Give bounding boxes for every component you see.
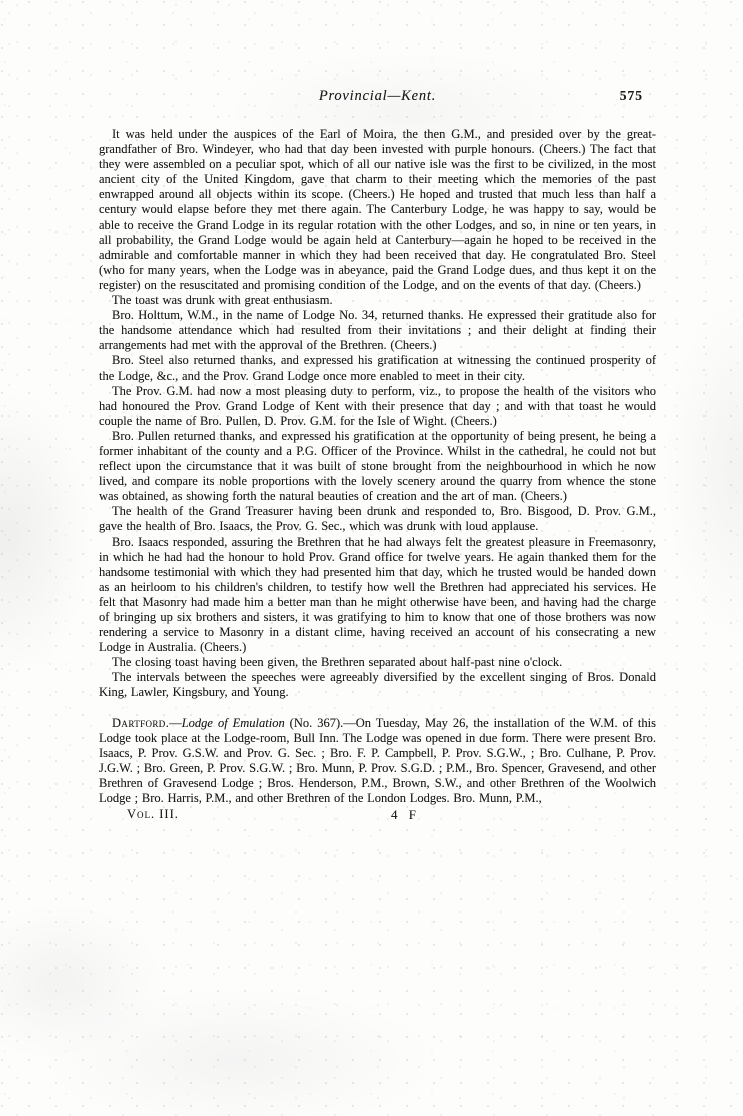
dartford-heading: Dartford. <box>112 716 169 730</box>
paragraph: Bro. Pullen returned thanks, and express… <box>99 429 656 504</box>
paragraph: The Prov. G.M. had now a most pleasing d… <box>99 384 656 429</box>
page-number: 575 <box>620 88 643 104</box>
paragraph: Bro. Steel also returned thanks, and exp… <box>99 353 656 383</box>
paragraph: The closing toast having been given, the… <box>99 655 656 670</box>
paragraph: The intervals between the speeches were … <box>99 670 656 700</box>
paragraph: The toast was drunk with great enthusias… <box>99 293 656 308</box>
paragraph: The health of the Grand Treasurer having… <box>99 504 656 534</box>
dartford-paragraph: Dartford.—Lodge of Emulation (No. 367).—… <box>99 716 656 807</box>
volume-label: Vol. III. <box>127 807 179 822</box>
paragraph: Bro. Holttum, W.M., in the name of Lodge… <box>99 308 656 353</box>
lodge-of-emulation-title: Lodge of Emulation <box>182 716 285 730</box>
paragraph: It was held under the auspices of the Ea… <box>99 127 656 293</box>
running-header-title: Provincial—Kent. <box>99 88 656 105</box>
page-text-column: Provincial—Kent. 575 It was held under t… <box>99 88 656 823</box>
printer-signature-mark: 4 F <box>391 807 420 823</box>
paragraph: Bro. Isaacs responded, assuring the Bret… <box>99 535 656 656</box>
article-body: It was held under the auspices of the Ea… <box>99 127 656 806</box>
dartford-dash: — <box>169 716 182 730</box>
running-header: Provincial—Kent. 575 <box>99 88 656 105</box>
page-footer: Vol. III. 4 F <box>99 807 656 823</box>
